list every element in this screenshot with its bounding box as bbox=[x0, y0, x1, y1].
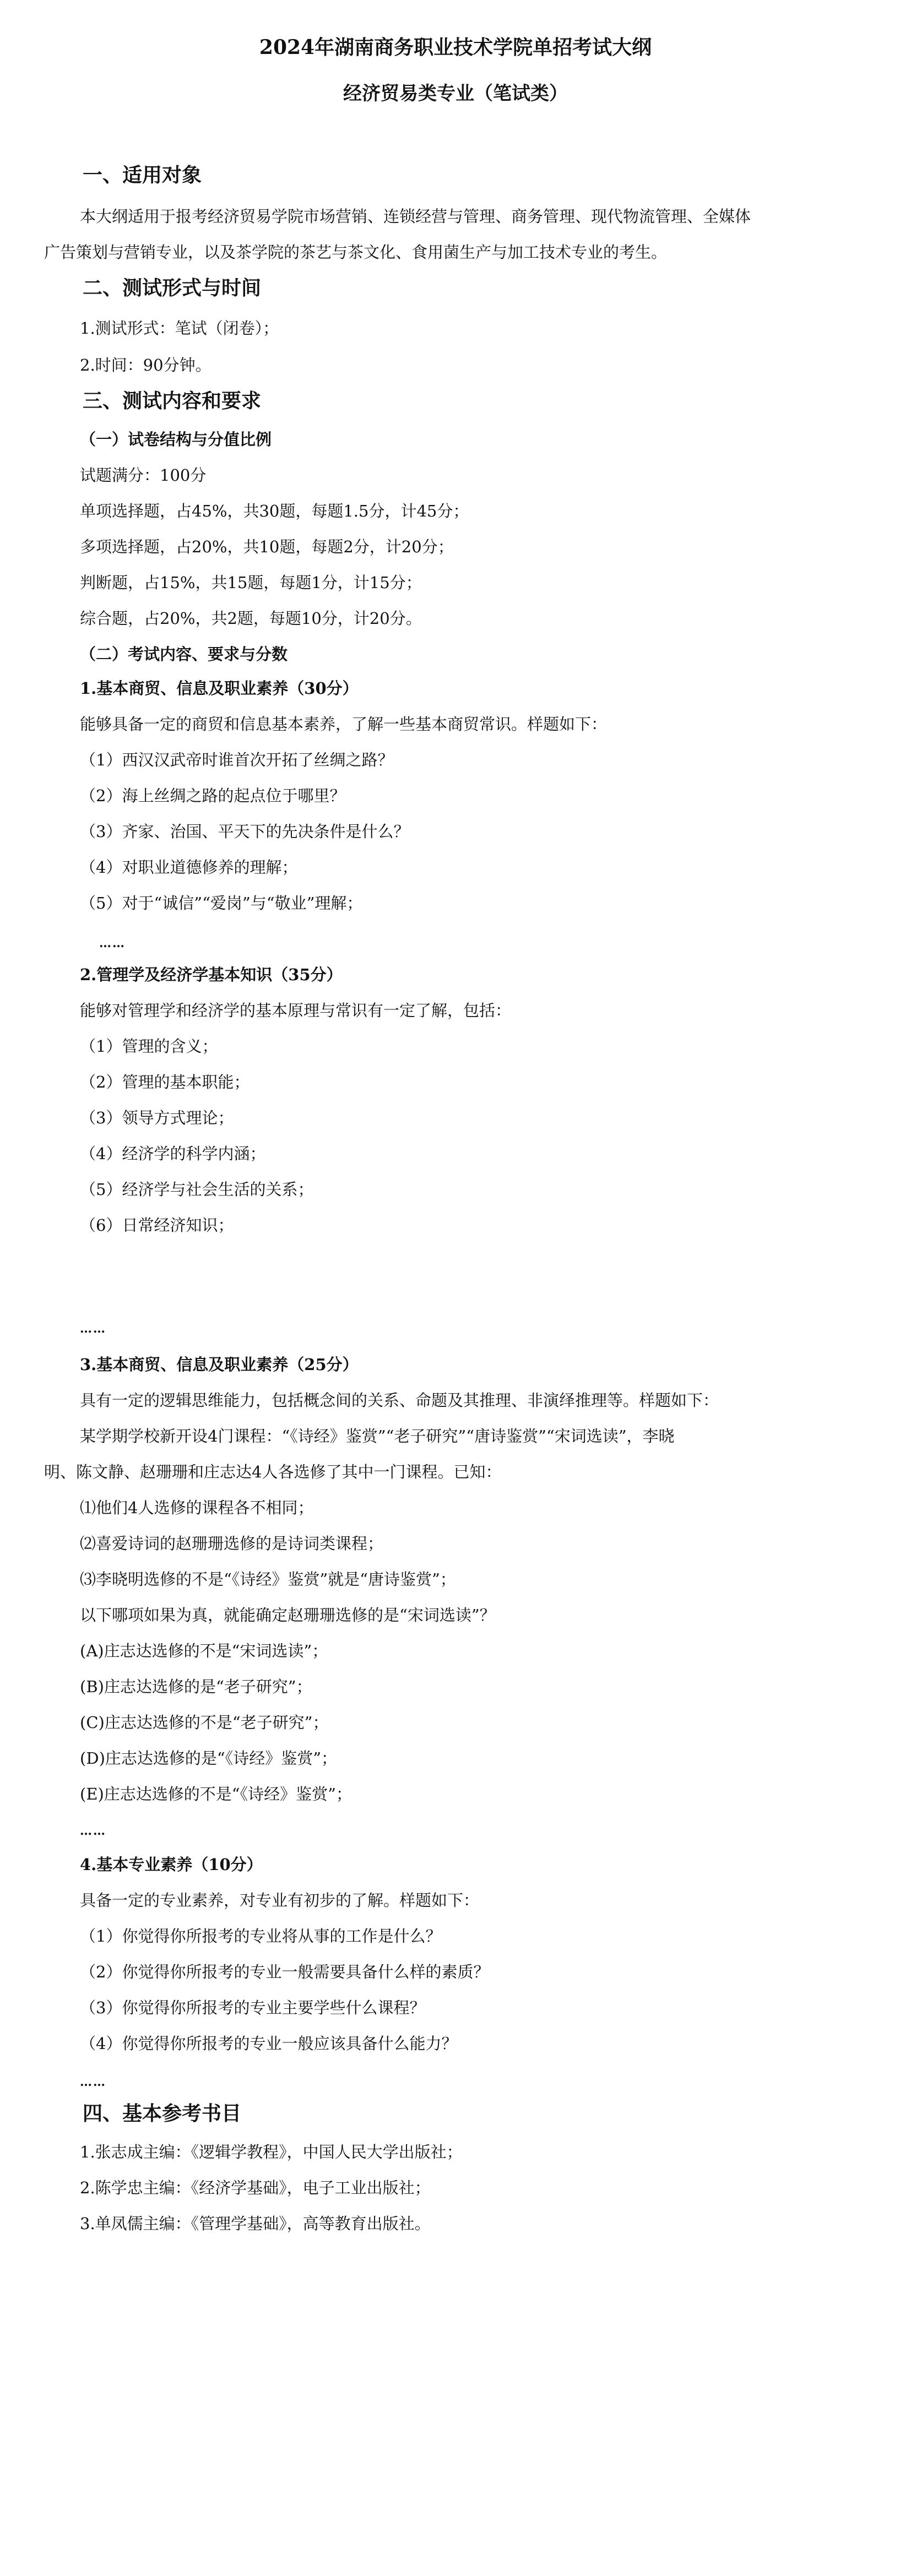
list-item: （6）日常经济知识； bbox=[80, 1215, 234, 1235]
section-heading-4: 四、基本参考书目 bbox=[83, 2098, 241, 2126]
score-row: 综合题，占20%，共2题，每题10分，计20分。 bbox=[80, 608, 422, 628]
list-item: （3）你觉得你所报考的专业主要学些什么课程？ bbox=[80, 1998, 425, 2018]
section-heading-2: 二、测试形式与时间 bbox=[83, 273, 261, 301]
paragraph-line: 广告策划与营销专业，以及茶学院的茶艺与茶文化、食用菌生产与加工技术专业的考生。 bbox=[44, 242, 667, 262]
section-heading-1: 一、适用对象 bbox=[83, 160, 202, 188]
list-item: （3）领导方式理论； bbox=[80, 1108, 234, 1128]
topic-intro: 能够具备一定的商贸和信息基本素养，了解一些基本商贸常识。样题如下： bbox=[80, 714, 607, 734]
question-ask: 以下哪项如果为真，就能确定赵珊珊选修的是“宋词选读”？ bbox=[80, 1605, 496, 1625]
paragraph-line: 本大纲适用于报考经济贸易学院市场营销、连锁经营与管理、商务管理、现代物流管理、全… bbox=[80, 206, 751, 226]
topic-intro: 具有一定的逻辑思维能力，包括概念间的关系、命题及其推理、非演绎推理等。样题如下： bbox=[80, 1390, 719, 1410]
list-item: 1.测试形式：笔试（闭卷）； bbox=[80, 318, 279, 338]
list-item: 2.时间：90分钟。 bbox=[80, 355, 212, 375]
document-subtitle: 经济贸易类专业（笔试类） bbox=[0, 78, 911, 105]
score-row: 判断题，占15%，共15题，每题1分，计15分； bbox=[80, 573, 422, 593]
condition-item: ⑴他们4人选修的课程各不相同； bbox=[80, 1498, 313, 1518]
condition-item: ⑶李晓明选修的不是“《诗经》鉴赏”就是“唐诗鉴赏”； bbox=[80, 1569, 456, 1589]
document-page: 2024年湖南商务职业技术学院单招考试大纲 经济贸易类专业（笔试类） 一、适用对… bbox=[0, 0, 911, 2576]
question-line: 明、陈文静、赵珊珊和庄志达4人各选修了其中一门课程。已知： bbox=[44, 1462, 501, 1482]
ellipsis: …… bbox=[80, 1824, 106, 1838]
option-item: (D)庄志达选修的是“《诗经》鉴赏”； bbox=[80, 1748, 337, 1768]
topic-heading: 3.基本商贸、信息及职业素养（25分） bbox=[80, 1355, 359, 1374]
list-item: （1）西汉汉武帝时谁首次开拓了丝绸之路？ bbox=[80, 750, 393, 770]
ellipsis: …… bbox=[80, 1322, 106, 1336]
topic-intro: 能够对管理学和经济学的基本原理与常识有一定了解，包括： bbox=[80, 1001, 511, 1020]
question-line: 某学期学校新开设4门课程：“《诗经》鉴赏”“老子研究”“唐诗鉴赏”“宋词选读”，… bbox=[80, 1426, 675, 1446]
option-item: (B)庄志达选修的是“老子研究”； bbox=[80, 1677, 312, 1697]
topic-heading: 1.基本商贸、信息及职业素养（30分） bbox=[80, 678, 359, 698]
list-item: （4）经济学的科学内涵； bbox=[80, 1144, 265, 1164]
list-item: （4）你觉得你所报考的专业一般应该具备什么能力？ bbox=[80, 2034, 457, 2053]
document-title: 2024年湖南商务职业技术学院单招考试大纲 bbox=[0, 32, 911, 60]
ellipsis: …… bbox=[99, 936, 126, 950]
book-item: 3.单凤儒主编：《管理学基础》，高等教育出版社。 bbox=[80, 2214, 431, 2233]
subsection-heading: （一）试卷结构与分值比例 bbox=[80, 430, 272, 449]
list-item: （1）你觉得你所报考的专业将从事的工作是什么？ bbox=[80, 1926, 441, 1946]
score-row: 多项选择题，占20%，共10题，每题2分，计20分； bbox=[80, 537, 454, 557]
list-item: （4）对职业道德修养的理解； bbox=[80, 857, 297, 877]
list-item: （3）齐家、治国、平天下的先决条件是什么？ bbox=[80, 822, 409, 841]
score-row: 单项选择题，占45%，共30题，每题1.5分，计45分； bbox=[80, 501, 469, 521]
option-item: (E)庄志达选修的不是“《诗经》鉴赏”； bbox=[80, 1784, 352, 1804]
list-item: （2）管理的基本职能； bbox=[80, 1072, 250, 1092]
book-item: 2.陈学忠主编：《经济学基础》，电子工业出版社； bbox=[80, 2178, 431, 2198]
subsection-heading: （二）考试内容、要求与分数 bbox=[80, 644, 288, 664]
list-item: （1）管理的含义； bbox=[80, 1036, 218, 1056]
ellipsis: …… bbox=[80, 2075, 106, 2089]
full-score: 试题满分：100分 bbox=[80, 465, 206, 485]
list-item: （2）你觉得你所报考的专业一般需要具备什么样的素质？ bbox=[80, 1962, 489, 1982]
option-item: (C)庄志达选修的不是“老子研究”； bbox=[80, 1713, 328, 1732]
section-heading-3: 三、测试内容和要求 bbox=[83, 385, 261, 414]
topic-heading: 4.基本专业素养（10分） bbox=[80, 1855, 263, 1874]
book-item: 1.张志成主编：《逻辑学教程》，中国人民大学出版社； bbox=[80, 2142, 463, 2162]
list-item: （5）经济学与社会生活的关系； bbox=[80, 1180, 313, 1199]
list-item: （2）海上丝绸之路的起点位于哪里？ bbox=[80, 786, 345, 806]
condition-item: ⑵喜爱诗词的赵珊珊选修的是诗词类课程； bbox=[80, 1534, 383, 1553]
topic-heading: 2.管理学及经济学基本知识（35分） bbox=[80, 965, 343, 985]
topic-intro: 具备一定的专业素养，对专业有初步的了解。样题如下： bbox=[80, 1890, 479, 1910]
option-item: (A)庄志达选修的不是“宋词选读”； bbox=[80, 1641, 328, 1661]
list-item: （5）对于“诚信”“爱岗”与“敬业”理解； bbox=[80, 893, 362, 913]
